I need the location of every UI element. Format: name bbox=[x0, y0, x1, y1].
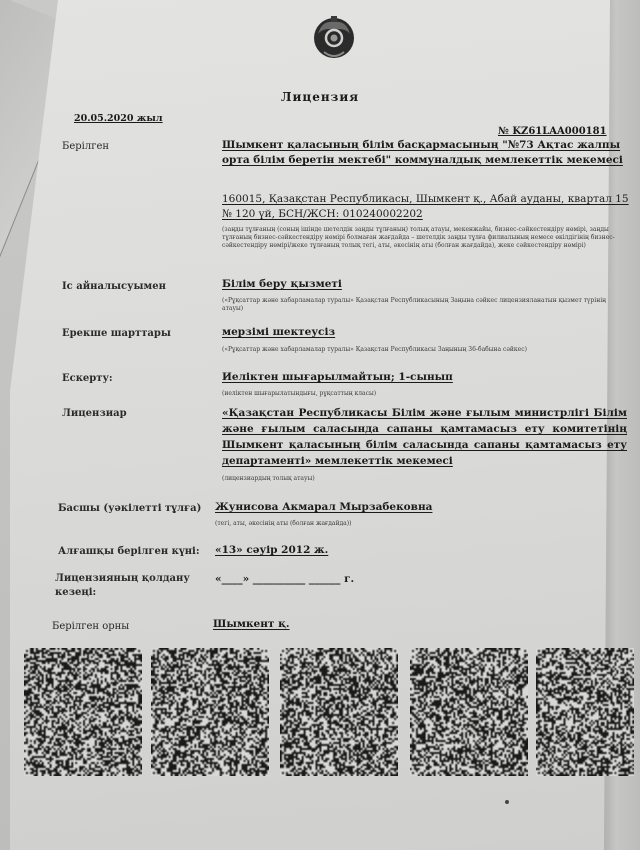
licensor-note: (лицензиардың толық атауы) bbox=[222, 475, 627, 483]
issued-to-label: Берілген bbox=[62, 140, 202, 154]
licensor-value: «Қазақстан Республикасы Білім және ғылым… bbox=[222, 405, 627, 469]
remark-label: Ескерту: bbox=[62, 372, 202, 386]
head-note: (тегі, аты, әкесінің аты (болған жағдайд… bbox=[215, 520, 620, 528]
qr-code-icon bbox=[410, 648, 528, 776]
remark-value: Иеліктен шығарылмайтын; 1-сынып bbox=[222, 370, 622, 385]
special-conditions-label: Ерекше шарттары bbox=[62, 327, 202, 341]
remark-note: (иеліктен шығарылатындығы, рұқсаттың кла… bbox=[222, 390, 627, 398]
first-issue-date-label: Алғашқы берілген күні: bbox=[58, 545, 218, 559]
qr-code-icon bbox=[151, 648, 269, 776]
special-conditions-value: мерзімі шектеусіз bbox=[222, 325, 622, 340]
qr-code-icon bbox=[280, 648, 398, 776]
qr-code-row bbox=[24, 648, 634, 778]
issued-to-value: Шымкент қаласының білім басқармасының "№… bbox=[222, 138, 632, 168]
place-of-issue-value: Шымкент қ. bbox=[213, 617, 613, 632]
issued-to-note: (заңды тұлғаның (соның ішінде шетелдік з… bbox=[222, 226, 627, 250]
paper-spot bbox=[505, 800, 509, 804]
head-value: Жунисова Акмарал Мырзабековна bbox=[215, 500, 615, 515]
license-number: № KZ61LAA000181 bbox=[498, 126, 607, 137]
head-label: Басшы (уәкілетті тұлға) bbox=[58, 502, 218, 516]
issued-to-address: 160015, Қазақстан Республикасы, Шымкент … bbox=[222, 192, 632, 222]
activity-value: Білім беру қызметі bbox=[222, 277, 622, 292]
state-emblem-icon bbox=[312, 14, 356, 62]
place-of-issue-label: Берілген орны bbox=[52, 620, 192, 634]
issue-date: 20.05.2020 жыл bbox=[74, 113, 163, 124]
qr-code-icon bbox=[24, 648, 142, 776]
special-conditions-note: («Рұқсаттар және хабарламалар туралы» Қа… bbox=[222, 346, 627, 354]
first-issue-date-value: «13» сәуір 2012 ж. bbox=[215, 543, 615, 558]
qr-code-icon bbox=[536, 648, 634, 776]
validity-period-label: Лицензияның қолдану кезеңі: bbox=[55, 572, 195, 600]
validity-period-value: «____» __________ ______ г. bbox=[215, 572, 615, 587]
document-title: Лицензия bbox=[0, 90, 640, 104]
licensor-label: Лицензиар bbox=[62, 407, 202, 421]
activity-note: («Рұқсаттар және хабарламалар туралы» Қа… bbox=[222, 297, 627, 313]
activity-label: Іс айналысуымен bbox=[62, 280, 202, 294]
